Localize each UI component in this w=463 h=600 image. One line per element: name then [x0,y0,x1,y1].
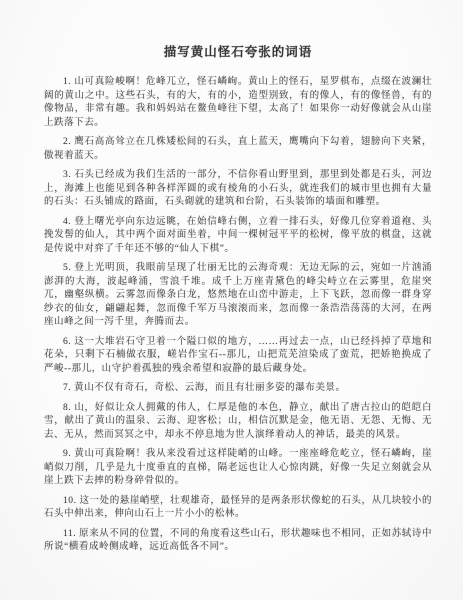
paragraph-11: 11. 原来从不同的位置，不同的角度看这些山石，形状趣味也不相同，正如苏轼诗中所… [44,528,432,555]
document-page: 描写黄山怪石夸张的词语 1. 山可真险峻啊！危峰兀立，怪石嶙峋。黄山上的怪石，星… [0,0,463,600]
paragraph-10: 10. 这一处的悬崖峭壁，壮观雄奇，最怪异的是两条形状像蛇的石头，从几块较小的石… [44,495,432,522]
document-title: 描写黄山怪石夸张的词语 [44,42,432,60]
paragraph-9: 9. 黄山可真险啊！我从来没看过这样陡峭的山峰。一座座峰危屹立，怪石嶙峋，崖峭似… [44,448,432,489]
paragraph-7: 7. 黄山不仅有奇石，奇松、云海，而且有壮丽多姿的瀑布美景。 [44,382,432,396]
paragraph-3: 3. 石头已经成为我们生活的一部分，不信你看山野里到，那里到处都是石头，河边上，… [44,169,432,210]
paragraph-6: 6. 这一大堆岩石守卫着一个隘口似的地方，……再过去一点，山已经抖掉了草地和花朵… [44,336,432,377]
paragraph-2: 2. 鹰石高高耸立在几株矮松间的石头，直上蓝天，鹰嘴向下勾着，翅膀向下夹紧，傲视… [44,136,432,163]
paragraph-8: 8. 山，好似让众人拥戴的伟人，仁厚是他的本色，静立，献出了唐古拉山的皑皑白雪，… [44,402,432,443]
document-body: 1. 山可真险峻啊！危峰兀立，怪石嶙峋。黄山上的怪石，星罗棋布，点缀在波澜壮阔的… [44,76,432,555]
paragraph-5: 5. 登上光明顶，我眼前呈现了壮丽无比的云海奇观：无边无际的云，宛如一片汹涌澎湃… [44,262,432,330]
paragraph-4: 4. 登上曙光亭向东边远眺，在始信峰右侧，立着一排石头，好像几位穿着道袍、头挽发… [44,216,432,257]
paragraph-1: 1. 山可真险峻啊！危峰兀立，怪石嶙峋。黄山上的怪石，星罗棋布，点缀在波澜壮阔的… [44,76,432,130]
